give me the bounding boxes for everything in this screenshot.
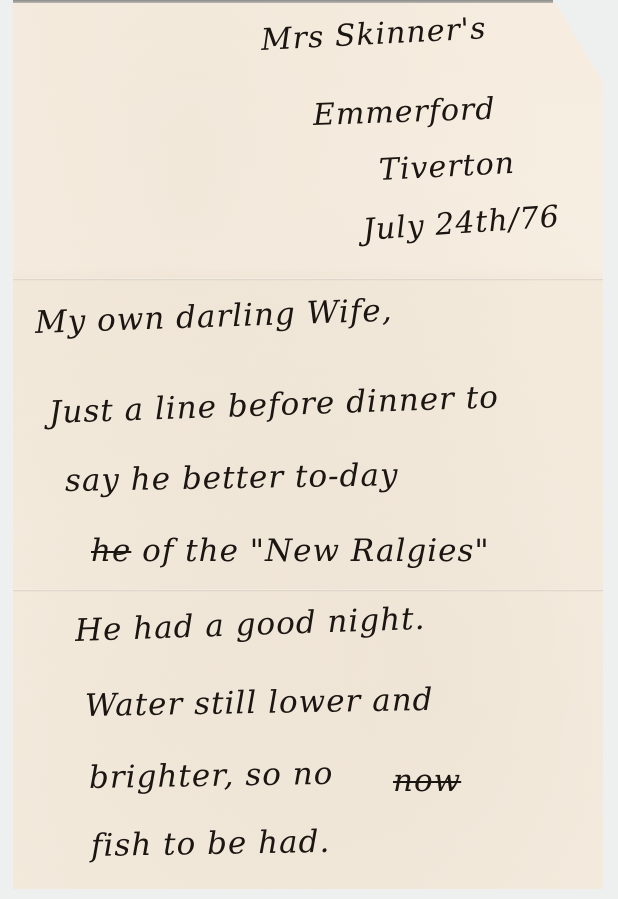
letter-line: Just a line before dinner to — [48, 379, 499, 431]
paper-fold — [13, 278, 603, 281]
struck-word: now — [393, 763, 461, 799]
letter-line: fish to be had. — [91, 824, 331, 864]
address-line: Mrs Skinner's — [260, 11, 487, 58]
letter-page: Mrs Skinner's Emmerford Tiverton July 24… — [13, 3, 603, 889]
address-line: Tiverton — [378, 146, 516, 188]
letter-line: say he better to-day — [65, 457, 399, 499]
letter-line-wrap: he of the "New Ralgies" — [91, 533, 490, 569]
address-line: Emmerford — [312, 92, 496, 133]
letter-line: Water still lower and — [85, 682, 434, 724]
letter-line: of the "New Ralgies" — [142, 533, 489, 569]
letter-date: July 24th/76 — [362, 199, 561, 248]
struck-word-wrap: now — [393, 763, 461, 799]
letter-line: He had a good night. — [74, 601, 426, 649]
letter-line: brighter, so no — [89, 756, 334, 796]
salutation: My own darling Wife, — [34, 293, 393, 341]
paper-fold — [13, 589, 603, 592]
struck-word: he — [91, 533, 131, 569]
